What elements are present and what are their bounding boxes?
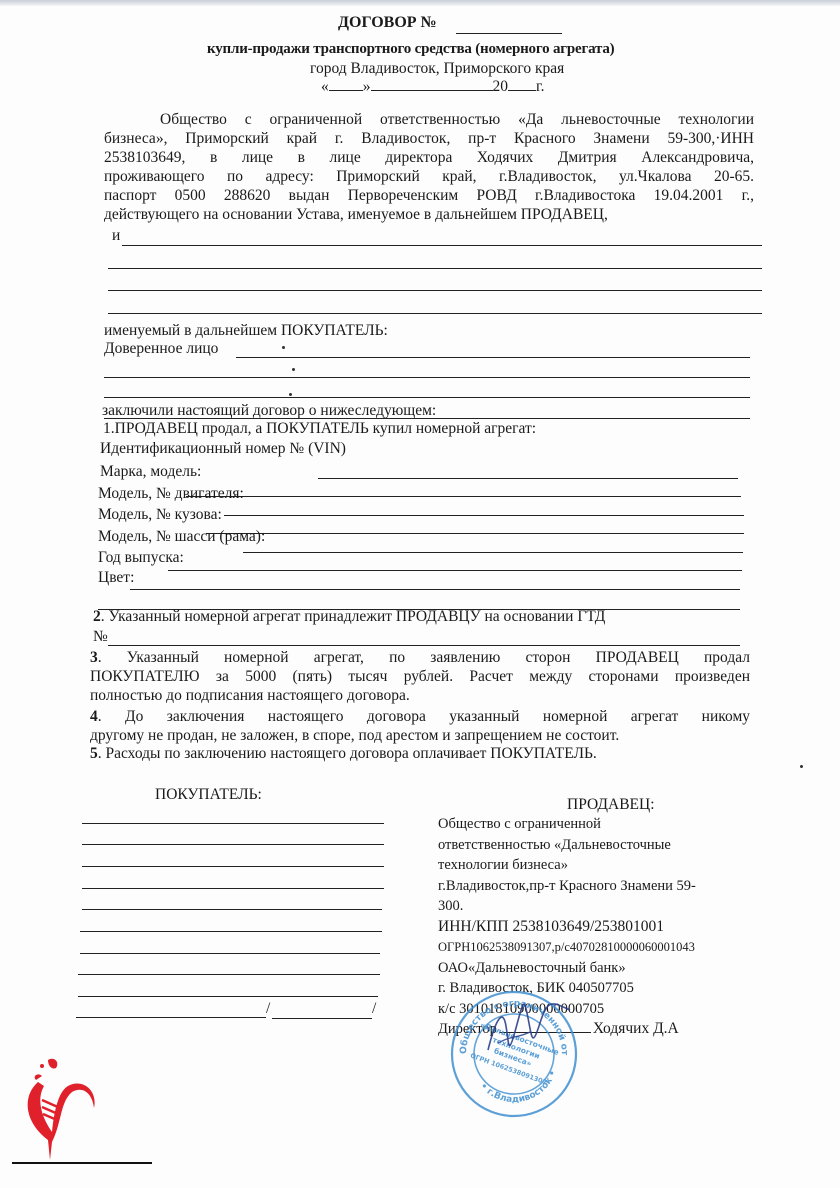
seller-inn: ИНН/КПП 2538103649/253801001 [438, 917, 696, 938]
intro-line: паспорт 0500 288620 выдан Первореченским… [104, 186, 754, 205]
director-name: Ходячих Д.А [593, 1020, 679, 1037]
date-day-field[interactable] [329, 90, 363, 91]
buyer-sig-line-4[interactable] [82, 888, 384, 889]
intro-line: Общество с ограниченной ответственностью… [104, 110, 754, 129]
gtd-number-field[interactable] [108, 645, 740, 646]
engine-field[interactable] [224, 515, 744, 516]
year-field[interactable] [168, 570, 742, 571]
date-month-field[interactable] [371, 90, 493, 91]
buyer-sig-line-9[interactable] [78, 996, 378, 997]
divider-line [104, 418, 750, 419]
scan-speck [282, 346, 285, 349]
buyer-sig-line-7[interactable] [80, 953, 380, 954]
color-field[interactable] [130, 589, 740, 590]
engine-label: Модель, № двигателя: [98, 485, 244, 503]
proxy-field-2[interactable] [104, 377, 750, 378]
intro-paragraph: Общество с ограниченной ответственностью… [104, 110, 754, 224]
contract-city: город Владивосток, Приморского края [310, 60, 564, 78]
date-year-field[interactable] [508, 90, 536, 91]
buyer-details-field-1[interactable] [108, 268, 762, 269]
clause-5-text: 5. Расходы по заключению настоящего дого… [90, 745, 597, 763]
chassis-field[interactable] [243, 552, 743, 553]
company-stamp-icon: Общество с ограниченной ответственностью… [448, 988, 580, 1120]
clause-1-text: 1.ПРОДАВЕЦ продал, а ПОКУПАТЕЛЬ купил но… [103, 420, 536, 438]
contract-subtitle: купли-продажи транспортного средства (но… [207, 41, 614, 58]
clause-3: 3. Указанный номерной агрегат, по заявле… [90, 648, 750, 705]
scan-top-edge [0, 0, 840, 6]
buyer-sig-line-1[interactable] [82, 823, 384, 824]
seller-line: г.Владивосток,пр-т Красного Знамени 59- [438, 876, 696, 897]
and-label: и [112, 227, 120, 245]
logo-underline [12, 1162, 152, 1164]
make-model-field[interactable] [186, 496, 741, 497]
intro-line: проживающего по адресу: Приморский край,… [104, 167, 754, 186]
proxy-field-3[interactable] [104, 397, 750, 398]
seller-line: ответственностью «Дальневосточные [438, 835, 696, 856]
contract-number-field[interactable] [456, 33, 562, 34]
seller-signature-title: ПРОДАВЕЦ: [567, 796, 655, 814]
scan-speck [289, 393, 292, 396]
proxy-field-1[interactable] [236, 357, 750, 358]
buyer-name-decoding-field[interactable] [272, 1018, 372, 1019]
clause-3-line: полностью до подписания настоящего догов… [90, 686, 750, 705]
intro-line: 2538103649, в лице в лице директора Ходя… [104, 148, 754, 167]
proxy-label: Доверенное лицо [104, 340, 218, 358]
body-field[interactable] [206, 533, 744, 534]
buyer-slash-1: / [266, 1000, 270, 1018]
gtd-number-label: № [93, 628, 108, 646]
buyer-signature-field[interactable] [76, 1017, 266, 1018]
seller-line: 300. [438, 896, 696, 917]
seller-line: Общество с ограниченной [438, 814, 696, 835]
buyer-sig-line-6[interactable] [80, 931, 382, 932]
clause-4-line: другому не продан, не заложен, в споре, … [90, 726, 750, 745]
scan-speck [292, 368, 295, 371]
buyer-sig-line-3[interactable] [82, 866, 384, 867]
vin-label: Идентификационный номер № (VIN) [100, 440, 346, 458]
clause-3-line: ПОКУПАТЕЛЮ за 5000 (пять) тысяч рублей. … [90, 667, 750, 686]
buyer-sig-line-2[interactable] [82, 844, 384, 845]
scan-speck [800, 765, 803, 768]
buyer-named-label: именуемый в дальнейшем ПОКУПАТЕЛЬ: [104, 322, 388, 340]
clause-4-line: 4. До заключения настоящего договора ука… [90, 707, 750, 726]
rooster-logo-icon [12, 1052, 102, 1162]
body-label: Модель, № кузова: [98, 506, 222, 524]
intro-line: бизнеса», Приморский край г. Владивосток… [104, 129, 754, 148]
contract-title: ДОГОВОР № [338, 14, 437, 32]
chassis-label: Модель, № шасси (рама): [98, 528, 265, 546]
seller-line: технологии бизнеса» [438, 855, 696, 876]
clause-2-text: 2. Указанный номерной агрегат принадлежи… [93, 608, 605, 626]
make-model-label: Марка, модель: [100, 463, 201, 481]
color-label: Цвет: [98, 569, 134, 587]
vin-field[interactable] [318, 478, 738, 479]
intro-line: действующего на основании Устава, именуе… [104, 205, 754, 224]
buyer-sig-line-8[interactable] [78, 974, 380, 975]
buyer-slash-2: / [372, 1000, 376, 1018]
buyer-signature-title: ПОКУПАТЕЛЬ: [155, 786, 262, 804]
clause-4: 4. До заключения настоящего договора ука… [90, 707, 750, 745]
seller-bank: ОАО«Дальневосточный банк» [438, 958, 696, 979]
buyer-name-field[interactable] [122, 245, 762, 246]
contract-date: «»20г. [321, 78, 544, 96]
buyer-details-field-3[interactable] [108, 313, 762, 314]
seller-ogrn: ОГРН1062538091307,р/с4070281000006000104… [438, 937, 696, 958]
clause-3-line: 3. Указанный номерной агрегат, по заявле… [90, 648, 750, 667]
buyer-sig-line-5[interactable] [82, 909, 382, 910]
buyer-details-field-2[interactable] [108, 290, 762, 291]
year-label: Год выпуска: [98, 549, 184, 567]
